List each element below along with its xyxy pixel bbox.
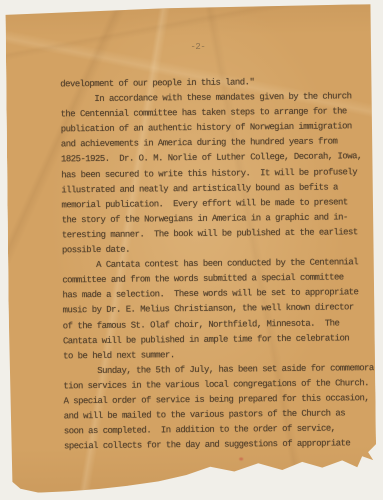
text-line: teresting manner. The book will be publi…	[62, 225, 368, 243]
document-body: development of our people in this land."…	[60, 74, 370, 455]
stain-speck	[239, 457, 243, 460]
text-line: Cantata will be published in ample time …	[63, 331, 369, 349]
photo-background: -2- development of our people in this la…	[0, 0, 383, 500]
document-page: -2- development of our people in this la…	[5, 4, 376, 498]
text-line: special collects for the day and suggest…	[64, 436, 370, 454]
page-number: -2-	[6, 40, 372, 54]
